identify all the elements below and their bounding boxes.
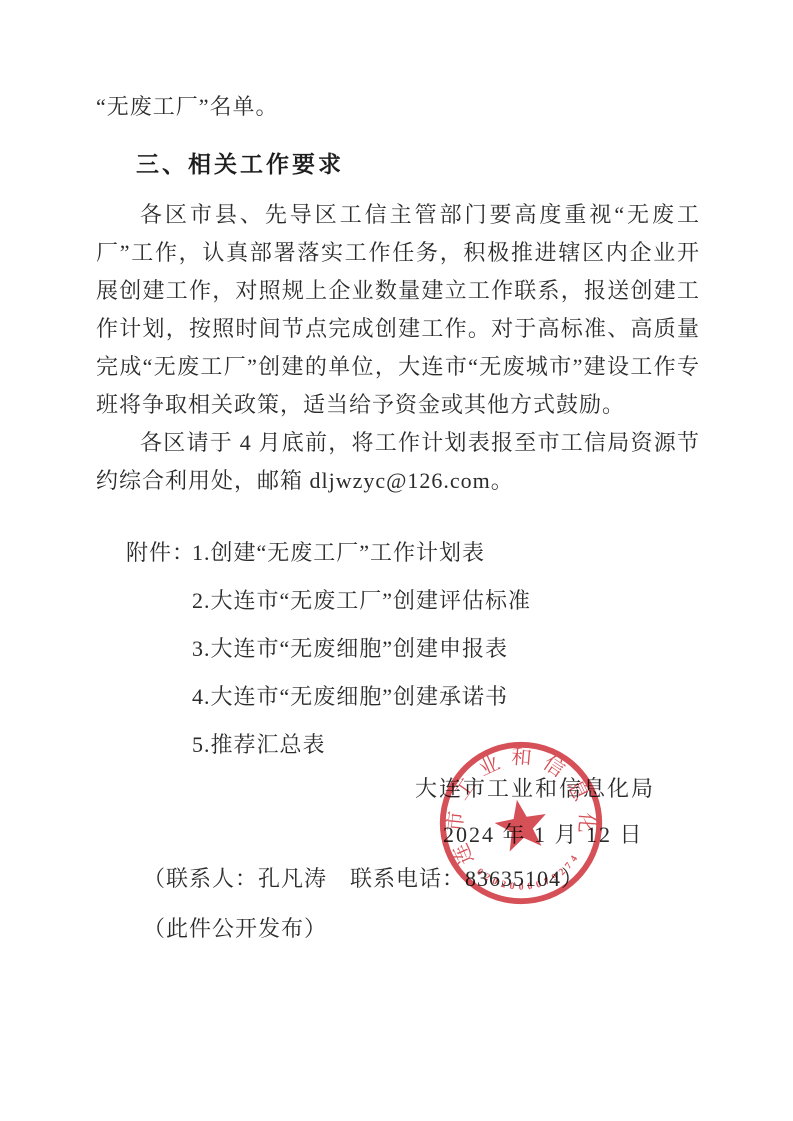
intro-line: “无废工厂”名单。 [96, 92, 700, 122]
document-page: “无废工厂”名单。 三、相关工作要求 各区市县、先导区工信主管部门要高度重视“无… [0, 0, 793, 1121]
paragraph-deadline: 各区请于 4 月底前，将工作计划表报至市工信局资源节约综合利用处，邮箱 dljw… [96, 424, 700, 500]
attachment-item-4: 4.大连市“无废细胞”创建承诺书 [192, 684, 700, 710]
paragraph-requirements: 各区市县、先导区工信主管部门要高度重视“无废工厂”工作，认真部署落实工作任务，积… [96, 196, 700, 424]
publish-line: （此件公开发布） [143, 912, 327, 943]
attachment-item: 附件：1.创建“无废工厂”工作计划表 [126, 540, 700, 566]
attachments-block: 附件：1.创建“无废工厂”工作计划表 2.大连市“无废工厂”创建评估标准 3.大… [126, 540, 700, 758]
attachments-label: 附件： [126, 540, 192, 566]
attachment-item-3: 3.大连市“无废细胞”创建申报表 [192, 636, 700, 662]
official-seal-stamp-icon: 大连市工业和信息化局 0202000079274 [419, 721, 623, 925]
seal-star-icon [491, 795, 551, 853]
document-body: “无废工厂”名单。 三、相关工作要求 各区市县、先导区工信主管部门要高度重视“无… [96, 92, 700, 780]
attachment-item-2: 2.大连市“无废工厂”创建评估标准 [192, 588, 700, 614]
section-heading: 三、相关工作要求 [136, 148, 700, 180]
attachment-item-1: 1.创建“无废工厂”工作计划表 [192, 540, 485, 565]
